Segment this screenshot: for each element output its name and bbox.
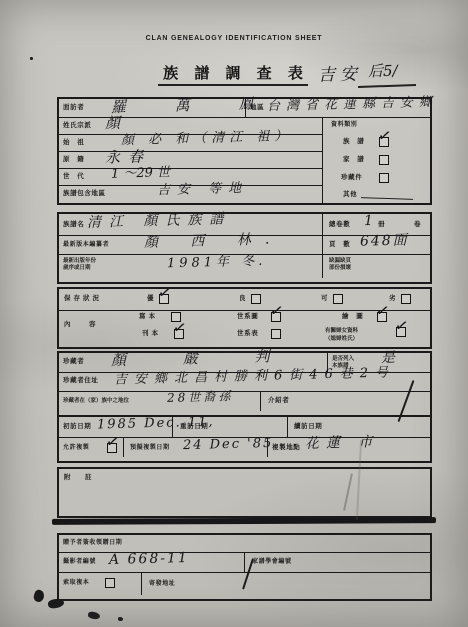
inbook-label-line1: 是否列入: [332, 356, 354, 362]
copy-place-value: 花蓮 市: [305, 435, 380, 452]
holder-position-label: 珍藏者在（家）族中之地位: [63, 398, 129, 405]
first-visit-label: 初訪日期: [63, 424, 91, 431]
divider: [244, 552, 245, 572]
volumes-unit-juan: 卷: [414, 222, 421, 229]
scan-speck: [32, 589, 46, 604]
content-printed-label: 刊 本: [142, 331, 159, 338]
material-item-jiapu-label: 家 譜: [343, 157, 364, 164]
content-illustration-checkbox: ✓: [377, 312, 387, 322]
mailing-address-label: 寄發地址: [149, 581, 175, 587]
check-mark-icon: ✓: [171, 317, 188, 338]
content-lineage-chart-checkbox: ✓: [271, 312, 281, 322]
copy-request-label: 索取複本: [63, 580, 89, 586]
origin-value: 永春: [105, 148, 151, 166]
coverage-label: 族譜包含地區: [63, 191, 106, 198]
corner-note-underline: [358, 84, 416, 88]
book-name-value: 清江 顏氏族譜: [87, 212, 232, 231]
pages-value: 648面: [360, 233, 409, 250]
option-excellent-checkbox: ✓: [159, 294, 169, 304]
region-label: 地區: [250, 105, 264, 112]
content-women-label: 有關婦女資料: [325, 328, 358, 335]
material-item-other-label: 其他: [343, 192, 357, 199]
check-mark-icon: ✓: [156, 282, 173, 303]
condition-label: 保存狀況: [64, 296, 102, 303]
scan-speck: [47, 597, 65, 609]
corner-note-number: 后5/: [368, 63, 398, 80]
crease-mark: [343, 473, 352, 510]
coverage-value: 吉安 等地: [157, 182, 248, 199]
check-mark-icon: ✓: [268, 300, 285, 321]
check-mark-icon: ✓: [374, 300, 391, 321]
corner-note-place: 吉安: [318, 65, 362, 85]
material-item-zupu-label: 族 譜: [343, 139, 364, 146]
photographer-number-value: A 668-11: [109, 551, 189, 568]
pubdate-value: 1981年 冬.: [167, 255, 267, 272]
damage-label-line2: 部份損壞: [329, 265, 351, 271]
material-type-label: 資料類別: [331, 122, 357, 128]
volumes-value: 1: [364, 214, 373, 230]
first-ancestor-value: 顏 必 和（清江 祖）: [121, 130, 293, 149]
material-item-treasure-label: 珍藏件: [341, 175, 362, 182]
material-type-box: 資料類別 族 譜 ✓ 家 譜 ✓ 珍藏件 ✓ 其他: [322, 117, 430, 203]
scanned-genealogy-form: CLAN GENEALOGY IDENTIFICATION SHEET 族 譜 …: [0, 0, 468, 627]
identity-table: 面訪者 羅 萬 鳳 地區 台灣省花蓮縣吉安鄉 姓氏宗派 顏 始 祖 顏 必 和（…: [57, 97, 432, 205]
holder-position-value: 28世裔孫: [167, 390, 234, 405]
condition-table: 保存狀況 優 ✓ 良 ✓ 可 ✓ 劣 ✓ 內 容 寫 本 ✓ 刊 本 ✓ 世系圖…: [57, 287, 432, 349]
content-manuscript-label: 寫 本: [139, 314, 156, 321]
option-good-checkbox: ✓: [251, 294, 261, 304]
divider: [245, 99, 246, 117]
pages-label: 頁 數: [329, 242, 350, 249]
scan-artifact-bar: [52, 517, 436, 525]
option-poor-checkbox: ✓: [401, 294, 411, 304]
inbook-value: 是: [381, 351, 395, 367]
damage-label-line1: 缺漏缺頁: [329, 258, 351, 264]
divider: [123, 437, 124, 457]
planned-copy-date-value: 24 Dec '85: [183, 437, 274, 454]
check-mark-icon: ✓: [393, 315, 410, 336]
option-fair-label: 可: [321, 296, 328, 303]
photographer-number-label: 攝影者編號: [63, 559, 96, 565]
society-number-label: 家譜學會編號: [252, 559, 292, 565]
scan-speck: [88, 611, 101, 620]
scan-speck: [30, 57, 33, 60]
holder-label: 珍藏者: [63, 359, 84, 366]
origin-label: 原 籍: [63, 157, 84, 164]
visits-table: 初訪日期 1985 Dec. 11, 重訪日期 續訪日期 允許複製 ✓ 預擬複製…: [57, 415, 432, 463]
volumes-unit-ce: 冊: [378, 222, 385, 229]
content-lineage-table-checkbox: ✓: [271, 329, 281, 339]
form-title: 族 譜 調 查 表: [162, 62, 310, 83]
book-name-label: 族譜名: [63, 222, 84, 229]
notes-table: 附 註: [57, 467, 432, 518]
content-lineage-chart-label: 世系圖: [237, 314, 258, 321]
copy-request-checkbox: ✓: [105, 578, 115, 588]
content-label: 內 容: [64, 322, 102, 329]
first-ancestor-label: 始 祖: [63, 140, 84, 147]
content-women-checkbox: ✓: [396, 327, 406, 337]
content-women-sublabel: （媳婦姓氏）: [325, 336, 358, 343]
pubdate-label-line1: 最新出版年份: [63, 258, 96, 264]
introducer-label: 介紹者: [268, 398, 289, 405]
volumes-label: 總卷數: [329, 222, 350, 229]
region-value: 台灣省花蓮縣吉安鄉: [267, 96, 438, 115]
generations-value: 1 ～29 世: [111, 166, 170, 182]
book-table: 族譜名 清江 顏氏族譜 最新版本編纂者 顏 西 林. 最新出版年份 歲序或日期 …: [57, 212, 432, 284]
check-mark-icon: ✓: [376, 125, 393, 146]
content-illustration-label: 繪 圖: [342, 314, 363, 321]
other-fill-line: [361, 197, 413, 200]
divider: [287, 417, 288, 437]
generations-label: 世 代: [63, 174, 84, 181]
divider: [260, 391, 261, 411]
copy-place-label: 複製地點: [272, 445, 300, 452]
option-fair-checkbox: ✓: [333, 294, 343, 304]
holder-value: 顏 嚴 判: [111, 348, 296, 369]
divider: [141, 572, 142, 595]
holder-table: 珍藏者 顏 嚴 判 是否列入 本族譜 是 珍藏者住址 吉安鄉北昌村勝利6街46巷…: [57, 351, 432, 417]
editor-value: 顏 西 林.: [144, 232, 284, 251]
copy-permission-checkbox: ✓: [107, 443, 117, 453]
divider: [172, 417, 173, 437]
option-excellent-label: 優: [147, 296, 154, 303]
donor-receipt-label: 贈予者簽收領贈日期: [63, 540, 122, 546]
check-mark-icon: ✓: [104, 431, 121, 452]
divider: [267, 437, 268, 457]
content-printed-checkbox: ✓: [174, 329, 184, 339]
admin-table: 贈予者簽收領贈日期 攝影者編號 A 668-11 家譜學會編號 索取複本 ✓ 寄…: [57, 533, 432, 601]
next-visit-label: 續訪日期: [294, 424, 322, 431]
sheet-title-english: CLAN GENEALOGY IDENTIFICATION SHEET: [0, 35, 468, 42]
pubdate-label-line2: 歲序或日期: [63, 265, 91, 271]
material-item-jiapu-checkbox: ✓: [379, 155, 389, 165]
notes-label: 附 註: [64, 475, 96, 482]
title-underline: [158, 84, 308, 86]
surname-label: 姓氏宗派: [63, 123, 91, 130]
option-good-label: 良: [239, 296, 246, 303]
material-item-zupu-checkbox: ✓: [379, 137, 389, 147]
surname-value: 顏: [105, 115, 120, 132]
copy-permission-label: 允許複製: [63, 445, 89, 451]
holder-address-label: 珍藏者住址: [63, 378, 99, 385]
planned-copy-date-label: 預擬複製日期: [130, 445, 170, 451]
interviewer-label: 面訪者: [63, 105, 84, 112]
revisit-label: 重訪日期: [180, 424, 208, 431]
material-item-treasure-checkbox: ✓: [379, 173, 389, 183]
content-lineage-table-label: 世系表: [237, 331, 258, 338]
editor-label: 最新版本編纂者: [63, 242, 109, 248]
scan-speck: [118, 617, 123, 621]
